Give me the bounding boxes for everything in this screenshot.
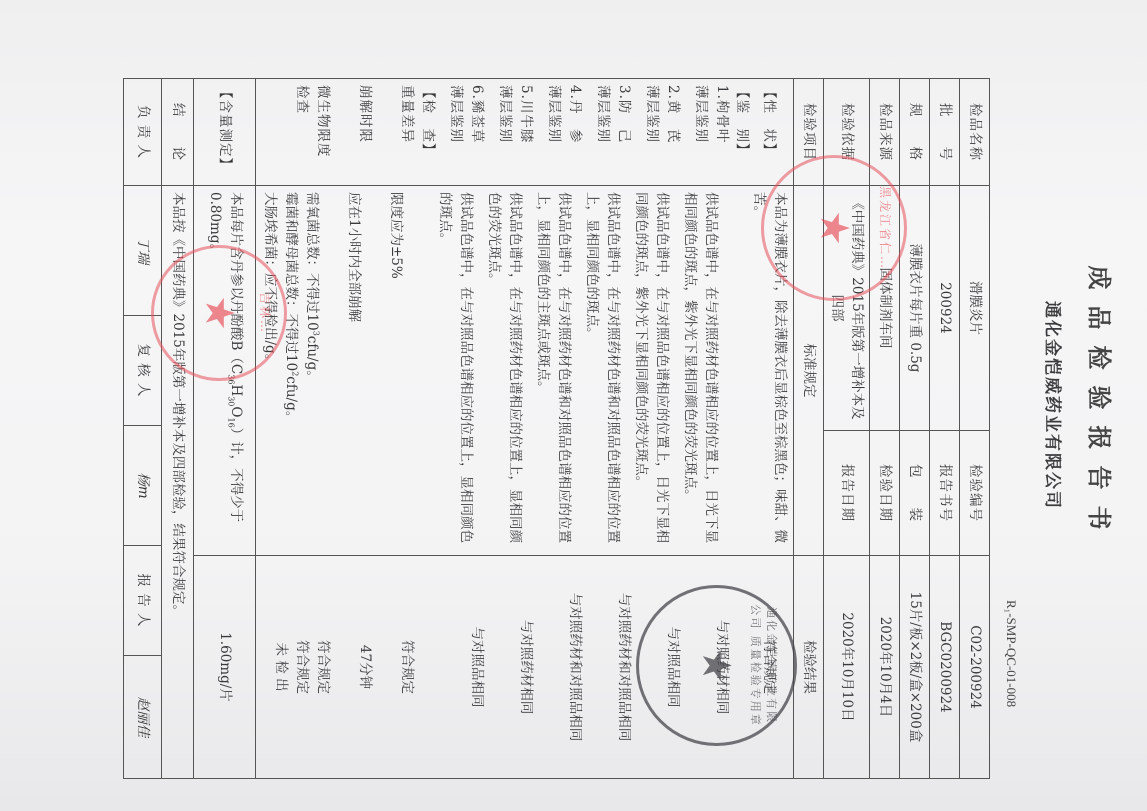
row-spec: 规 格 薄膜衣片每片重 0.5g 包 装 15片/板×2板/盒×200盒: [900, 79, 930, 779]
packing-label: 包 装: [900, 431, 930, 556]
report-date-value: 2020年10月10日: [823, 556, 869, 779]
identification-item-name: 4.丹 参 薄层鉴别: [536, 85, 585, 179]
source-label: 检品来源: [870, 79, 900, 186]
inspection-table: 检品名称 滑膜炎片 检验编号 C02-200924 批 号 200924 报告书…: [161, 78, 990, 779]
test-standard-line: 霉菌和酵母菌总数：不得过102cfu/g。: [280, 192, 301, 549]
identification-item-result: 与对照药材和对照品相同: [585, 562, 634, 772]
assay-result: 1.60mg/片: [194, 556, 256, 779]
company-name: 通化金恺威药业有限公司: [1042, 0, 1067, 811]
spec-label: 规 格: [900, 79, 930, 186]
row-tests-body: 【性 状】 【鉴 别】 1.枸骨叶 薄层鉴别2.黄 芪 薄层鉴别3.防 己 薄层…: [256, 79, 794, 779]
test-result-line: 符合规定: [291, 562, 312, 772]
identification-label: 【鉴 别】: [732, 85, 753, 179]
report-date-label: 报告日期: [823, 431, 869, 556]
inspection-date-label: 检验日期: [870, 431, 900, 556]
product-name-value: 滑膜炎片: [960, 186, 990, 431]
identification-item-name: 1.枸骨叶 薄层鉴别: [683, 85, 732, 179]
test-result-line: 未 检 出: [270, 562, 291, 772]
reviewer-signature: 杨m: [124, 426, 162, 546]
test-standard-line: 需氧菌总数：不得过103cfu/g。: [301, 192, 322, 549]
test-result-line: 47分钟: [354, 562, 375, 772]
identification-item-name: 2.黄 芪 薄层鉴别: [634, 85, 683, 179]
test-item-result: 符合规定符合规定未 检 出: [270, 562, 333, 772]
reporter-label: 报 告 人: [124, 546, 162, 656]
test-standard-line: 大肠埃希菌：应不得检出/g。: [259, 192, 280, 549]
conclusion-label: 结 论: [162, 79, 194, 186]
test-item-name: 微生物限度 检查: [270, 85, 333, 179]
results-column: 符合规定 与对照药材相同与对照品相同与对照药材和对照品相同与对照药材和对照品相同…: [256, 556, 794, 779]
identification-item-result: 与对照药材相同: [683, 562, 732, 772]
assay-label: 【含量测定】: [194, 79, 256, 186]
document-title: 成品检验报告书: [1084, 0, 1119, 811]
row-column-headers: 检验项目 标准规定 检验结果: [793, 79, 823, 779]
document-number: R₁-SMP-QC-01-008: [1003, 600, 1019, 707]
report-no-value: BGC0200924: [930, 556, 960, 779]
identification-item-result: 与对照药材相同: [487, 562, 536, 772]
identification-item-standard: 供试品色谱中，在与对照药材色谱相应的位置上，显相同颜色的荧光斑点。: [476, 192, 525, 549]
identification-item-result: 与对照品相同: [438, 562, 487, 772]
batch-label: 批 号: [930, 79, 960, 186]
conclusion-text: 本品按《中国药典》2015年版第一增补本及四部检验，结果符合规定。: [162, 186, 194, 779]
signature-table: 负 责 人 丁瑞 复 核 人 杨m 报 告 人 赵丽佳: [123, 78, 162, 779]
character-standard: 本品为薄膜衣片，除去薄膜衣后显棕色至棕黑色；味甜、微苦。: [748, 192, 790, 549]
items-label-column: 【性 状】 【鉴 别】 1.枸骨叶 薄层鉴别2.黄 芪 薄层鉴别3.防 己 薄层…: [256, 79, 794, 186]
identification-item-name: 6.豨莶草 薄层鉴别: [438, 85, 487, 179]
product-name-label: 检品名称: [960, 79, 990, 186]
character-label: 【性 状】: [759, 85, 780, 179]
basis-value: 《中国药典》2015年版第一增补本及四部: [823, 186, 869, 431]
test-item-standard: 需氧菌总数：不得过103cfu/g。霉菌和酵母菌总数：不得过102cfu/g。大…: [259, 192, 322, 549]
row-assay: 【含量测定】 本品每片含丹参以丹酚酸B（C36H30O16）计，不得少于0.80…: [194, 79, 256, 779]
tests-label: 【检 查】: [417, 85, 438, 179]
test-item-result: 47分钟: [333, 562, 375, 772]
identification-item-standard: 供试品色谱中，在与对照药材色谱相应的位置上，日光下显相同颜色的斑点，紫外光下显相…: [672, 192, 721, 549]
column-header-item: 检验项目: [793, 79, 823, 186]
report-page: 成品检验报告书 通化金恺威药业有限公司 R₁-SMP-QC-01-008 检品名…: [0, 0, 1147, 811]
test-item-standard: 应在1小时内全部崩解: [322, 192, 364, 549]
test-item-result: 符合规定: [375, 562, 417, 772]
responsible-label: 负 责 人: [124, 79, 162, 186]
identification-item-standard: 供试品色谱中，在与对照药材色谱和对照品色谱相应的位置上，显相同颜色的主斑点或斑点…: [525, 192, 574, 549]
identification-item-name: 5.川牛膝 薄层鉴别: [487, 85, 536, 179]
test-result-line: 符合规定: [312, 562, 333, 772]
test-item-standard: 限度应为±5%: [364, 192, 406, 549]
row-basis: 检验依据 《中国药典》2015年版第一增补本及四部 报告日期 2020年10月1…: [823, 79, 869, 779]
test-result-line: 符合规定: [396, 562, 417, 772]
identification-item-standard: 供试品色谱中，在与对照品色谱相应的位置上，显相同颜色的斑点。: [427, 192, 476, 549]
basis-label: 检验依据: [823, 79, 869, 186]
column-header-result: 检验结果: [793, 556, 823, 779]
inspection-no-label: 检验编号: [960, 431, 990, 556]
identification-item-standard: 供试品色谱中，在与对照品色谱相应的位置上，日光下显相同颜色的斑点，紫外光下显相同…: [623, 192, 672, 549]
inspection-no-value: C02-200924: [960, 556, 990, 779]
spec-value: 薄膜衣片每片重 0.5g: [900, 186, 930, 431]
test-standard-line: 应在1小时内全部崩解: [343, 192, 364, 549]
source-value: 固体制剂车间: [870, 186, 900, 431]
identification-item-name: 3.防 己 薄层鉴别: [585, 85, 634, 179]
reporter-signature: 赵丽佳: [124, 656, 162, 779]
test-item-name: 重量差异: [375, 85, 417, 179]
batch-value: 200924: [930, 186, 960, 431]
reviewer-label: 复 核 人: [124, 316, 162, 426]
row-batch: 批 号 200924 报告书号 BGC0200924: [930, 79, 960, 779]
column-header-standard: 标准规定: [793, 186, 823, 556]
row-product-name: 检品名称 滑膜炎片 检验编号 C02-200924: [960, 79, 990, 779]
test-standard-line: 限度应为±5%: [385, 192, 406, 549]
report-no-label: 报告书号: [930, 431, 960, 556]
row-source: 检品来源 固体制剂车间 检验日期 2020年10月4日: [870, 79, 900, 779]
identification-item-standard: 供试品色谱中，在与对照药材色谱和对照品色谱相应的位置上，显相同颜色的斑点。: [574, 192, 623, 549]
inspection-date-value: 2020年10月4日: [870, 556, 900, 779]
packing-value: 15片/板×2板/盒×200盒: [900, 556, 930, 779]
assay-standard: 本品每片含丹参以丹酚酸B（C36H30O16）计，不得少于0.80mg。: [194, 186, 256, 556]
test-item-name: 崩解时限: [333, 85, 375, 179]
responsible-signature: 丁瑞: [124, 186, 162, 316]
identification-item-result: 与对照药材和对照品相同: [536, 562, 585, 772]
row-conclusion: 结 论 本品按《中国药典》2015年版第一增补本及四部检验，结果符合规定。: [162, 79, 194, 779]
signature-row: 负 责 人 丁瑞 复 核 人 杨m 报 告 人 赵丽佳: [124, 79, 162, 779]
identification-item-result: 与对照品相同: [634, 562, 683, 772]
standards-column: 本品为薄膜衣片，除去薄膜衣后显棕色至棕黑色；味甜、微苦。 供试品色谱中，在与对照…: [256, 186, 794, 556]
character-result: 符合规定: [759, 562, 780, 772]
